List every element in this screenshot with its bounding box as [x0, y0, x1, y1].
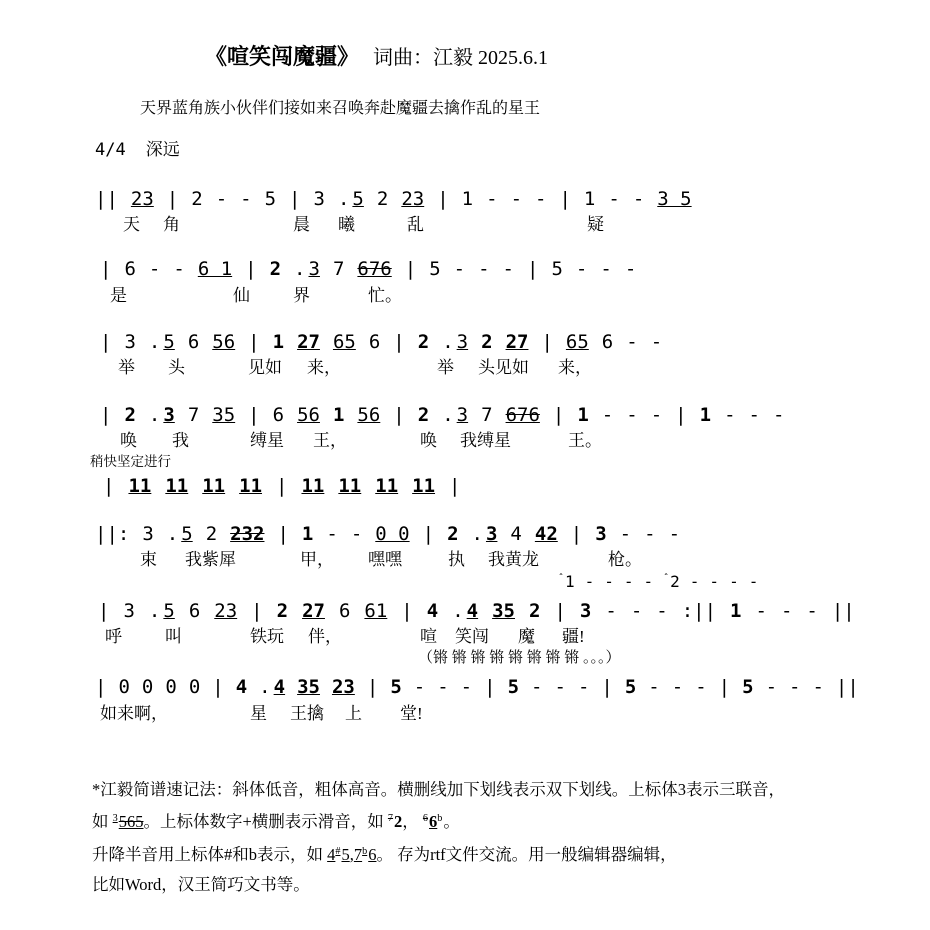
text-run: 7 [388, 813, 393, 825]
lyric-syllable: 星 [250, 704, 267, 724]
note-token: 35 [492, 600, 515, 623]
lyric-syllable: 角 [163, 215, 180, 235]
lyric-syllable: 王擒 [290, 704, 324, 724]
lyric-syllable: 来， [307, 358, 341, 378]
note-token: 7 [188, 404, 199, 427]
note-token: 2 [447, 523, 458, 546]
note-token: 3 [123, 600, 134, 623]
note-token: 56 [212, 331, 235, 354]
notation-line-7: |3.5623|227661|4.4352|3---:||1---|| [98, 600, 869, 623]
note-token: 7 [333, 258, 344, 281]
lyric-syllable: 伴， [308, 627, 342, 647]
note-token: 5 [181, 523, 192, 546]
note-token: - [602, 404, 613, 427]
note-token: - [326, 523, 337, 546]
note-token: 2 [481, 331, 492, 354]
note-token: 56 [297, 404, 320, 427]
note-token: 0 0 [375, 523, 409, 546]
text-run: 565 [119, 812, 144, 832]
note-token: 4 [467, 600, 478, 623]
note-token: | [719, 676, 730, 699]
note-token: - [173, 258, 184, 281]
note-token: 5 [352, 188, 363, 211]
notation-line-2: |6--6 1|2.37676|5---|5--- [100, 258, 649, 281]
note-token: 3 [163, 404, 174, 427]
text-run: 3 [113, 813, 118, 825]
note-token: 11 [202, 475, 225, 498]
note-token: - [486, 188, 497, 211]
note-token: - [806, 600, 817, 623]
note-token: - [149, 258, 160, 281]
note-token: 3 [580, 600, 591, 623]
note-token: ||: [95, 523, 129, 546]
lyric-syllable: 我 [172, 431, 189, 451]
text-run: 比如Word，汉王简巧文书等。 [92, 875, 310, 895]
note-token: 56 [357, 404, 380, 427]
lyric-syllable: 乱 [407, 215, 424, 235]
note-token: - [605, 600, 616, 623]
note-token: - [626, 404, 637, 427]
gong-sfx: （锵 锵 锵 锵 锵 锵 锵 锵 。。。） [418, 649, 621, 667]
lyric-syllable: 天 [123, 215, 140, 235]
note-token: | [527, 258, 538, 281]
note-token: 676 [506, 404, 540, 427]
footnote-2-line-1: 升降半音用上标体#和b表示，如 4#5,7b6。 存为rtf文件交流。用一般编辑… [92, 845, 677, 865]
note-token: ˆ [558, 573, 564, 585]
note-token: 6 [189, 600, 200, 623]
text-run: 7 [354, 845, 362, 865]
lyric-syllable: 嘿嘿 [368, 550, 402, 570]
lyric-syllable: 界 [293, 286, 310, 306]
note-token: 11 [128, 475, 151, 498]
note-token: . [149, 404, 160, 427]
lyric-syllable: 我黄龙 [488, 550, 539, 570]
note-token: - [624, 572, 634, 591]
lyric-syllable: 魔 [518, 627, 535, 647]
title-row: 《喧笑闯魔疆》词曲：江毅 2025.6.1 [205, 44, 548, 70]
note-token: . [442, 404, 453, 427]
note-token: :|| [682, 600, 716, 623]
note-token: 2 [277, 600, 288, 623]
note-token: 11 [412, 475, 435, 498]
note-token: 6 [369, 331, 380, 354]
mood-label: 深远 [146, 140, 180, 159]
note-token: - [437, 676, 448, 699]
text-run: 如 [92, 812, 113, 832]
lyric-syllable: 忙。 [368, 286, 402, 306]
text-run: 5 [341, 845, 349, 865]
note-token: 0 [118, 676, 129, 699]
note-token: - [651, 331, 662, 354]
lyric-syllable: 如来啊， [100, 704, 168, 724]
note-token: | [484, 676, 495, 699]
note-token: | [393, 404, 404, 427]
lyric-syllable: 王， [313, 431, 347, 451]
note-token: 232 [230, 523, 264, 546]
text-run: 。 存为rtf文件交流。用一般编辑器编辑， [376, 845, 676, 865]
note-token: 1 [577, 404, 588, 427]
note-token: 3 [314, 188, 325, 211]
lyric-syllable: 铁玩 [250, 627, 284, 647]
note-token: - [351, 523, 362, 546]
sheet-music-document: 《喧笑闯魔疆》词曲：江毅 2025.6.1 天界蓝角族小伙伴们接如来召唤奔赴魔疆… [0, 0, 930, 930]
note-token: | [248, 331, 259, 354]
lyric-syllable: 晨 [293, 215, 310, 235]
note-token: | [98, 600, 109, 623]
note-token: | [100, 258, 111, 281]
note-token: . [338, 188, 349, 211]
note-token: - [669, 523, 680, 546]
note-token: - [690, 572, 700, 591]
note-token: 0 [142, 676, 153, 699]
note-token: 65 [333, 331, 356, 354]
note-token: - [503, 258, 514, 281]
note-token: 5 [508, 676, 519, 699]
note-token: . [259, 676, 270, 699]
note-token: | [276, 475, 287, 498]
note-token: - [535, 188, 546, 211]
subtitle-row: 天界蓝角族小伙伴们接如来召唤奔赴魔疆去擒作乱的星王 [140, 99, 540, 118]
note-token: - [576, 258, 587, 281]
note-token: | [675, 404, 686, 427]
note-token: | [167, 188, 178, 211]
note-token: - [766, 676, 777, 699]
lyric-syllable: 束 [140, 550, 157, 570]
note-token: 6 [602, 331, 613, 354]
note-token: - [749, 572, 759, 591]
text-run: （锵 锵 锵 锵 锵 锵 锵 锵 。。。） [418, 649, 621, 667]
note-token: 5 [429, 258, 440, 281]
song-title: 《喧笑闯魔疆》 [205, 44, 359, 69]
note-token: | [601, 676, 612, 699]
lyric-syllable: 举 [118, 358, 135, 378]
note-token: - [709, 572, 719, 591]
note-token: 1 [273, 331, 284, 354]
notation-line-1: ||23|2--5|3.5223|1---|1--3 5 [95, 188, 705, 211]
note-token: 6 [339, 600, 350, 623]
note-token: 5 [163, 331, 174, 354]
note-token: 35 [297, 676, 320, 699]
lyric-syllable: 笑闯 [455, 627, 489, 647]
note-token: 23 [332, 676, 355, 699]
note-token: - [625, 258, 636, 281]
note-token: 2 [418, 331, 429, 354]
text-run: 。 [443, 812, 460, 832]
note-token: | [248, 404, 259, 427]
lyric-syllable: 举 [437, 358, 454, 378]
note-token: 5 [625, 676, 636, 699]
note-token: . [167, 523, 178, 546]
meter-row: 4/4深远 [95, 140, 180, 160]
note-token: - [773, 404, 784, 427]
note-token: 2 [124, 404, 135, 427]
footnote-2-line-2: 比如Word，汉王简巧文书等。 [92, 875, 310, 895]
composer-credit: 词曲：江毅 2025.6.1 [373, 47, 548, 69]
tempo-annotation: 稍快坚定进行 [90, 454, 171, 470]
notation-line-3: |3.5656|127656|2.3227|656-- [100, 331, 675, 354]
note-token: | [449, 475, 460, 498]
lyric-syllable: 我缚星 [460, 431, 511, 451]
note-token: 27 [506, 331, 529, 354]
note-token: 11 [338, 475, 361, 498]
note-token: - [789, 676, 800, 699]
note-token: | [571, 523, 582, 546]
note-token: 23 [131, 188, 154, 211]
note-token: ˆ [663, 573, 669, 585]
note-token: - [604, 572, 614, 591]
text-run: 4 [327, 845, 335, 865]
note-token: | [401, 600, 412, 623]
song-subtitle: 天界蓝角族小伙伴们接如来召唤奔赴魔疆去擒作乱的星王 [140, 100, 540, 117]
lyric-syllable: 头 [168, 358, 185, 378]
note-token: - [600, 258, 611, 281]
note-token: 3 [457, 404, 468, 427]
note-token: . [442, 331, 453, 354]
lyric-syllable: 堂! [400, 704, 423, 724]
notation-line-5: |11111111|11111111| [103, 475, 474, 498]
text-run: 6 [368, 845, 376, 865]
note-token: 3 [486, 523, 497, 546]
note-token: 1 [584, 188, 595, 211]
note-token: - [781, 600, 792, 623]
note-token: 23 [214, 600, 237, 623]
note-token: - [633, 188, 644, 211]
note-token: 6 1 [198, 258, 232, 281]
note-token: 5 [265, 188, 276, 211]
note-token: || [95, 188, 118, 211]
lyric-syllable: 缚星 [250, 431, 284, 451]
note-token: 0 [165, 676, 176, 699]
note-token: | [100, 331, 111, 354]
note-token: - [554, 676, 565, 699]
footnote-1-line-2: 如 3565。上标体数字+横删表示滑音，如 72， 66b。 [92, 812, 460, 832]
note-token: 2 [191, 188, 202, 211]
volta-endings: ˆ1----ˆ2---- [558, 572, 768, 591]
note-token: - [729, 572, 739, 591]
note-token: . [472, 523, 483, 546]
note-token: - [620, 523, 631, 546]
note-token: | [553, 404, 564, 427]
note-token: 4 [274, 676, 285, 699]
note-token: 6 [188, 331, 199, 354]
note-token: | [393, 331, 404, 354]
note-token: 42 [535, 523, 558, 546]
notation-line-4: |2.3735|656156|2.37676|1---|1--- [100, 404, 797, 427]
note-token: - [511, 188, 522, 211]
note-token: 2 [270, 258, 281, 281]
lyric-syllable: 头见如 [478, 358, 529, 378]
note-token: | [405, 258, 416, 281]
note-token: - [585, 572, 595, 591]
lyric-syllable: 执 [448, 550, 465, 570]
note-token: | [541, 331, 552, 354]
note-token: 27 [302, 600, 325, 623]
note-token: - [651, 404, 662, 427]
note-token: 1 [302, 523, 313, 546]
lyric-syllable: 喧 [420, 627, 437, 647]
note-token: . [294, 258, 305, 281]
notation-line-8: |0000|4.43523|5---|5---|5---|5---|| [95, 676, 871, 699]
note-token: - [414, 676, 425, 699]
text-run: 6 [423, 813, 428, 825]
note-token: || [832, 600, 855, 623]
lyric-syllable: 唤 [120, 431, 137, 451]
note-token: 11 [301, 475, 324, 498]
note-token: 4 [236, 676, 247, 699]
note-token: 3 [309, 258, 320, 281]
notation-line-6: ||:3.52232|1--0 0|2.3442|3--- [95, 523, 693, 546]
lyric-syllable: 甲， [300, 550, 334, 570]
note-token: 65 [566, 331, 589, 354]
note-token: - [724, 404, 735, 427]
note-token: 6 [124, 258, 135, 281]
note-token: - [626, 331, 637, 354]
note-token: 0 [189, 676, 200, 699]
note-token: 5 [163, 600, 174, 623]
note-token: - [631, 600, 642, 623]
note-token: 2 [418, 404, 429, 427]
note-token: - [656, 600, 667, 623]
note-token: 2 [670, 572, 680, 591]
text-run: 6 [429, 812, 437, 832]
note-token: 11 [375, 475, 398, 498]
note-token: 3 [142, 523, 153, 546]
note-token: 1 [565, 572, 575, 591]
note-token: - [672, 676, 683, 699]
text-run: 2 [394, 812, 402, 832]
note-token: - [454, 258, 465, 281]
note-token: - [216, 188, 227, 211]
note-token: | [95, 676, 106, 699]
lyric-syllable: 王。 [568, 431, 602, 451]
lyric-syllable: 见如 [248, 358, 282, 378]
note-token: | [251, 600, 262, 623]
note-token: . [149, 331, 160, 354]
lyric-syllable: 枪。 [608, 550, 642, 570]
note-token: | [277, 523, 288, 546]
note-token: | [103, 475, 114, 498]
note-token: 3 5 [657, 188, 691, 211]
note-token: . [149, 600, 160, 623]
lyric-syllable: 曦 [338, 215, 355, 235]
note-token: | [245, 258, 256, 281]
note-token: - [756, 600, 767, 623]
note-token: - [644, 572, 654, 591]
note-token: | [289, 188, 300, 211]
note-token: 5 [742, 676, 753, 699]
note-token: | [559, 188, 570, 211]
note-token: 6 [273, 404, 284, 427]
note-token: 5 [551, 258, 562, 281]
note-token: 2 [377, 188, 388, 211]
lyric-syllable: 呼 [105, 627, 122, 647]
note-token: | [100, 404, 111, 427]
lyric-syllable: 上 [345, 704, 362, 724]
note-token: 3 [457, 331, 468, 354]
note-token: 7 [481, 404, 492, 427]
note-token: || [836, 676, 859, 699]
note-token: - [644, 523, 655, 546]
text-run: 稍快坚定进行 [90, 454, 171, 470]
text-run: 。上标体数字+横删表示滑音，如 [143, 812, 387, 832]
note-token: | [423, 523, 434, 546]
text-run: *江毅简谱速记法：斜体低音，粗体高音。横删线加下划线表示双下划线。上标体3表示三… [92, 780, 785, 800]
text-run: ， [402, 812, 423, 832]
note-token: 1 [700, 404, 711, 427]
note-token: - [531, 676, 542, 699]
text-run: # [335, 846, 340, 858]
note-token: 5 [390, 676, 401, 699]
note-token: - [478, 258, 489, 281]
note-token: 3 [124, 331, 135, 354]
note-token: - [749, 404, 760, 427]
note-token: - [240, 188, 251, 211]
note-token: - [812, 676, 823, 699]
note-token: 2 [206, 523, 217, 546]
note-token: 1 [333, 404, 344, 427]
note-token: 4 [427, 600, 438, 623]
note-token: 35 [212, 404, 235, 427]
text-run: b [362, 846, 367, 858]
lyric-syllable: 仙 [233, 286, 250, 306]
lyric-syllable: 唤 [420, 431, 437, 451]
note-token: | [554, 600, 565, 623]
lyric-syllable: 疑 [587, 215, 604, 235]
note-token: 4 [510, 523, 521, 546]
lyric-syllable: 是 [110, 286, 127, 306]
note-token: 3 [595, 523, 606, 546]
note-token: 2 [529, 600, 540, 623]
note-token: - [578, 676, 589, 699]
text-run: 升降半音用上标体#和b表示，如 [92, 845, 327, 865]
note-token: | [367, 676, 378, 699]
note-token: 676 [357, 258, 391, 281]
note-token: | [212, 676, 223, 699]
lyric-syllable: 叫 [165, 627, 182, 647]
note-token: 11 [165, 475, 188, 498]
lyric-syllable: 来， [558, 358, 592, 378]
note-token: 61 [364, 600, 387, 623]
time-signature: 4/4 [95, 140, 126, 160]
note-token: - [608, 188, 619, 211]
note-token: 1 [730, 600, 741, 623]
note-token: . [452, 600, 463, 623]
lyric-syllable: 我紫犀 [185, 550, 236, 570]
note-token: 23 [401, 188, 424, 211]
footnote-1-line-1: *江毅简谱速记法：斜体低音，粗体高音。横删线加下划线表示双下划线。上标体3表示三… [92, 780, 785, 800]
lyric-syllable: 疆! [562, 627, 585, 647]
note-token: 27 [297, 331, 320, 354]
text-run: b [437, 813, 442, 825]
note-token: 1 [462, 188, 473, 211]
note-token: | [437, 188, 448, 211]
note-token: - [461, 676, 472, 699]
note-token: - [648, 676, 659, 699]
note-token: - [695, 676, 706, 699]
note-token: 11 [239, 475, 262, 498]
